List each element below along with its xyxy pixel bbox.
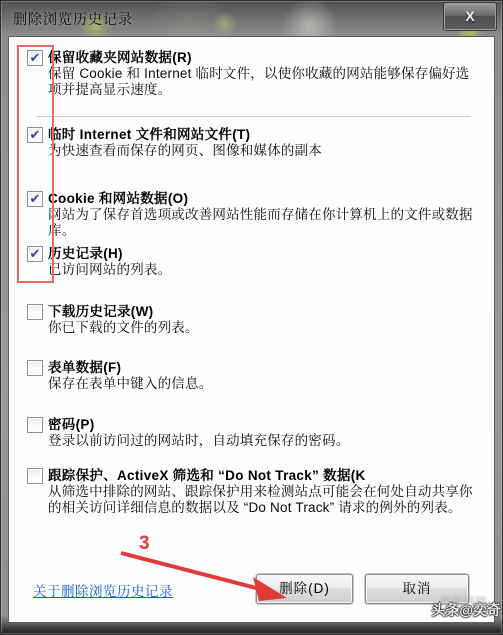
checkbox-form-data[interactable] (27, 360, 43, 376)
item-history: ✔ 历史记录(H) 已访问网站的列表。 (27, 246, 474, 278)
item-label[interactable]: 保留收藏夹网站数据(R) (48, 50, 474, 66)
item-desc: 保存在表单中键入的信息。 (48, 376, 474, 392)
separator (36, 116, 471, 117)
about-delete-history-link[interactable]: 关于删除浏览历史记录 (33, 580, 173, 600)
checkbox-download-history[interactable] (27, 304, 43, 320)
item-label[interactable]: 历史记录(H) (48, 246, 474, 262)
item-desc: 保留 Cookie 和 Internet 临时文件，以使你收藏的网站能够保存偏好… (48, 66, 474, 98)
item-desc: 网站为了保存首选项或改善网站性能而存储在你计算机上的文件或数据库。 (48, 207, 474, 239)
item-form-data: 表单数据(F) 保存在表单中键入的信息。 (27, 360, 474, 392)
cancel-button[interactable]: 取消 (365, 574, 469, 604)
item-temp-internet-files: ✔ 临时 Internet 文件和网站文件(T) 为快速查看而保存的网页、图像和… (27, 127, 474, 159)
checkbox-history[interactable]: ✔ (27, 246, 43, 262)
checkbox-cookies[interactable]: ✔ (27, 191, 43, 207)
item-desc: 从筛选中排除的网站、跟踪保护用来检测站点可能会在何处自动共享你的相关访问详细信息… (48, 484, 474, 516)
dialog-title: 删除浏览历史记录 (13, 9, 133, 29)
item-desc: 你已下载的文件的列表。 (48, 320, 474, 336)
item-download-history: 下载历史记录(W) 你已下载的文件的列表。 (27, 304, 474, 336)
titlebar[interactable]: 删除浏览历史记录 X (0, 0, 503, 36)
item-label[interactable]: 下载历史记录(W) (48, 304, 474, 320)
close-icon: X (465, 8, 474, 24)
item-label[interactable]: 跟踪保护、ActiveX 筛选和 “Do Not Track” 数据(K (48, 468, 474, 484)
item-label[interactable]: 临时 Internet 文件和网站文件(T) (48, 127, 474, 143)
delete-button[interactable]: 删除(D) (256, 574, 353, 604)
item-label[interactable]: 密码(P) (48, 417, 474, 433)
item-cookies: ✔ Cookie 和网站数据(O) 网站为了保存首选项或改善网站性能而存储在你计… (27, 191, 474, 239)
checkbox-passwords[interactable] (27, 417, 43, 433)
item-tracking-protection: 跟踪保护、ActiveX 筛选和 “Do Not Track” 数据(K 从筛选… (27, 468, 474, 516)
dialog-body: ✔ 保留收藏夹网站数据(R) 保留 Cookie 和 Internet 临时文件… (8, 36, 495, 623)
item-desc: 已访问网站的列表。 (48, 262, 474, 278)
checkbox-temp-internet-files[interactable]: ✔ (27, 127, 43, 143)
close-button[interactable]: X (444, 3, 496, 30)
checkbox-preserve-favorites[interactable]: ✔ (27, 50, 43, 66)
delete-browsing-history-dialog: 删除浏览历史记录 X ✔ 保留收藏夹网站数据(R) 保留 Cookie 和 In… (0, 0, 503, 635)
item-label[interactable]: 表单数据(F) (48, 360, 474, 376)
item-passwords: 密码(P) 登录以前访问过的网站时，自动填充保存的密码。 (27, 417, 474, 449)
item-desc: 为快速查看而保存的网页、图像和媒体的副本 (48, 143, 474, 159)
item-label[interactable]: Cookie 和网站数据(O) (48, 191, 474, 207)
item-desc: 登录以前访问过的网站时，自动填充保存的密码。 (48, 433, 474, 449)
checkbox-tracking-protection[interactable] (27, 468, 43, 484)
item-preserve-favorites: ✔ 保留收藏夹网站数据(R) 保留 Cookie 和 Internet 临时文件… (27, 50, 474, 98)
